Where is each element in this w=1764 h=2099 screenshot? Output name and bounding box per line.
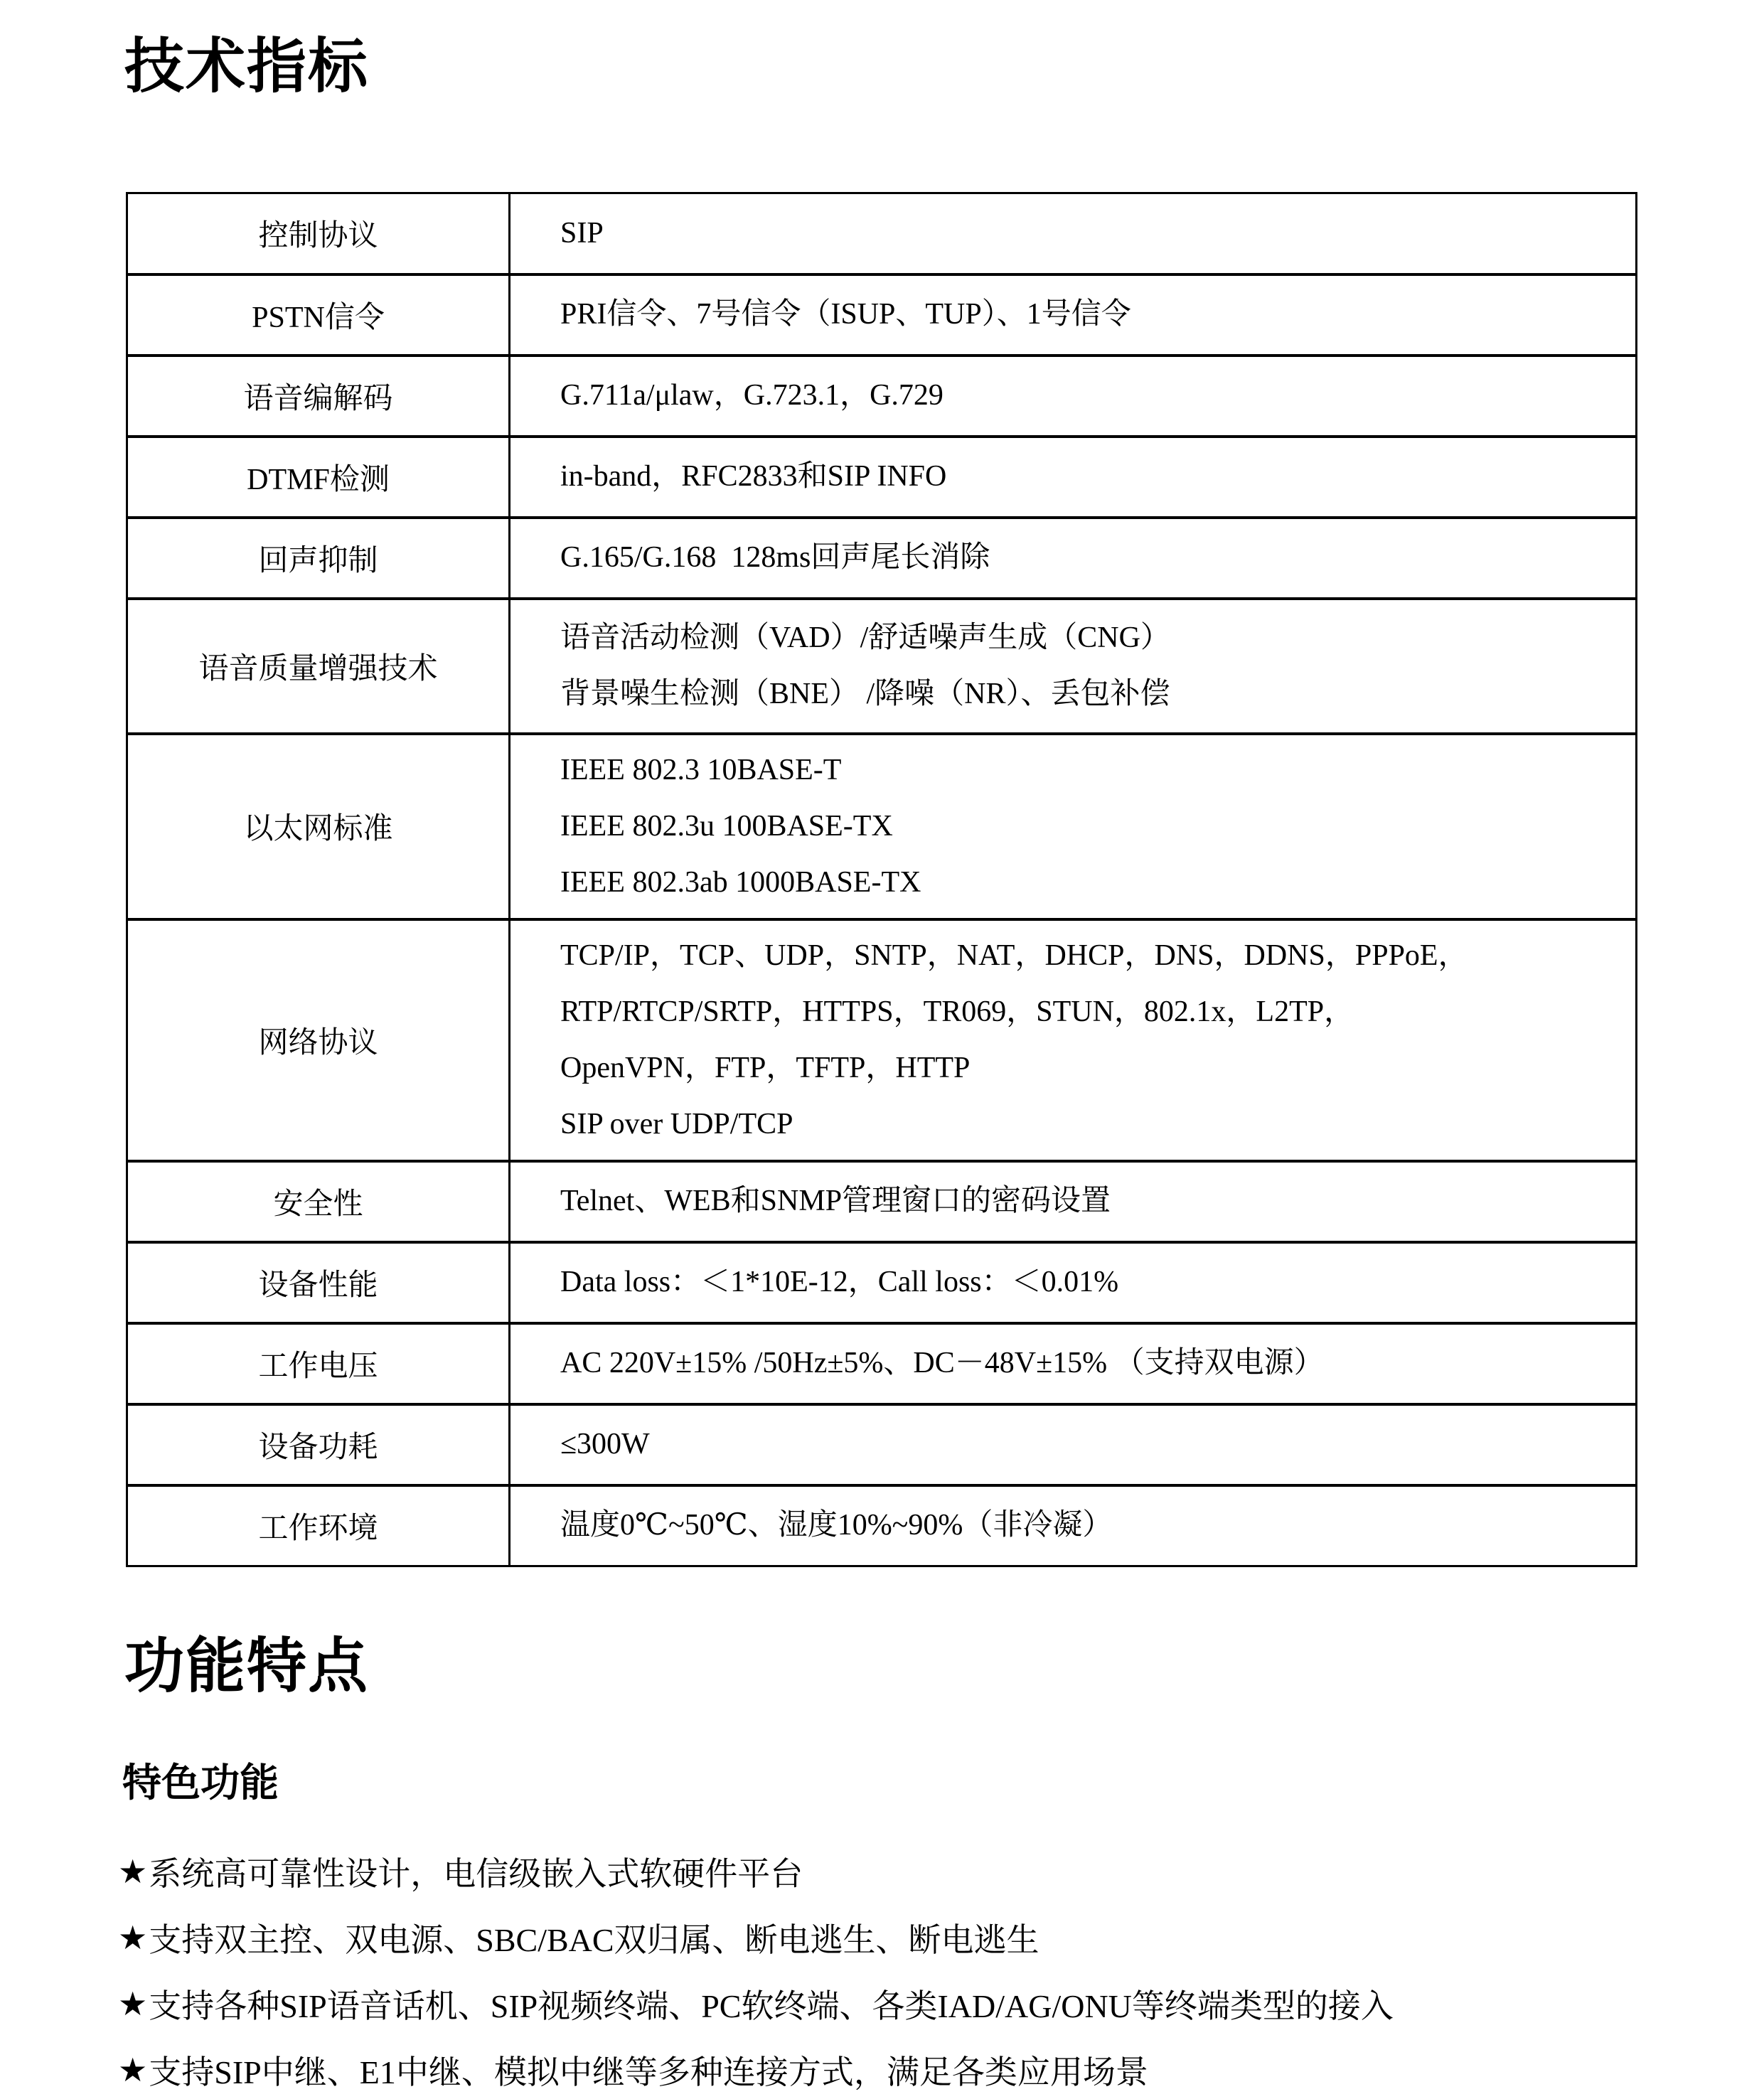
spec-row-device-performance: 设备性能 Data loss：＜1*10E-12，Call loss：＜0.01…: [127, 1242, 1637, 1323]
feature-text: 支持双主控、双电源、SBC/BAC双归属、断电逃生、断电逃生: [149, 1914, 1039, 1961]
spec-label: 控制协议: [127, 193, 510, 274]
spec-value: ≤300W: [510, 1404, 1637, 1485]
spec-value: AC 220V±15% /50Hz±5%、DC－48V±15% （支持双电源）: [510, 1323, 1637, 1404]
section-title-technical-specs: 技术指标: [124, 28, 369, 107]
spec-value-line: IEEE 802.3ab 1000BASE-TX: [560, 855, 1621, 911]
spec-value-line: in-band，RFC2833和SIP INFO: [560, 449, 1621, 505]
spec-value-line: SIP over UDP/TCP: [560, 1096, 1621, 1153]
section-title-features: 功能特点: [124, 1628, 369, 1707]
feature-item: ★ 系统高可靠性设计，电信级嵌入式软硬件平台: [118, 1838, 1394, 1904]
feature-text: 支持各种SIP语音话机、SIP视频终端、PC软终端、各类IAD/AG/ONU等终…: [149, 1980, 1394, 2027]
spec-label: 设备性能: [127, 1242, 510, 1323]
spec-value-line: IEEE 802.3u 100BASE-TX: [560, 799, 1621, 855]
spec-value-line: G.711a/μlaw，G.723.1，G.729: [560, 368, 1621, 424]
document-page: 技术指标 控制协议 SIP PSTN信令 PRI信令、7号信令（ISUP、TUP…: [0, 0, 1764, 2099]
spec-label: 网络协议: [127, 919, 510, 1161]
spec-value-line: SIP: [560, 205, 1621, 262]
spec-value-line: 背景噪生检测（BNE） /降噪（NR）、丢包补偿: [560, 666, 1621, 722]
spec-value-line: TCP/IP，TCP、UDP，SNTP，NAT，DHCP，DNS，DDNS，PP…: [560, 928, 1621, 984]
spec-value: 语音活动检测（VAD）/舒适噪声生成（CNG） 背景噪生检测（BNE） /降噪（…: [510, 599, 1637, 734]
spec-value-line: AC 220V±15% /50Hz±5%、DC－48V±15% （支持双电源）: [560, 1335, 1621, 1392]
spec-row-pstn-signaling: PSTN信令 PRI信令、7号信令（ISUP、TUP）、1号信令: [127, 274, 1637, 356]
spec-label: PSTN信令: [127, 274, 510, 356]
spec-value: G.165/G.168 128ms回声尾长消除: [510, 518, 1637, 599]
spec-row-voice-quality-enhancement: 语音质量增强技术 语音活动检测（VAD）/舒适噪声生成（CNG） 背景噪生检测（…: [127, 599, 1637, 734]
spec-value-line: 温度0℃~50℃、湿度10%~90%（非冷凝）: [560, 1497, 1621, 1554]
spec-row-network-protocols: 网络协议 TCP/IP，TCP、UDP，SNTP，NAT，DHCP，DNS，DD…: [127, 919, 1637, 1161]
spec-row-security: 安全性 Telnet、WEB和SNMP管理窗口的密码设置: [127, 1161, 1637, 1242]
spec-value: 温度0℃~50℃、湿度10%~90%（非冷凝）: [510, 1485, 1637, 1566]
spec-value-line: ≤300W: [560, 1416, 1621, 1473]
star-bullet-icon: ★: [118, 1985, 147, 2023]
spec-value: Data loss：＜1*10E-12，Call loss：＜0.01%: [510, 1242, 1637, 1323]
star-bullet-icon: ★: [118, 2051, 147, 2089]
spec-label: 设备功耗: [127, 1404, 510, 1485]
feature-item: ★ 支持双主控、双电源、SBC/BAC双归属、断电逃生、断电逃生: [118, 1904, 1394, 1970]
spec-value-line: IEEE 802.3 10BASE-T: [560, 742, 1621, 799]
spec-label: 回声抑制: [127, 518, 510, 599]
spec-label: DTMF检测: [127, 437, 510, 518]
spec-value-line: PRI信令、7号信令（ISUP、TUP）、1号信令: [560, 287, 1621, 343]
spec-value-line: OpenVPN，FTP，TFTP，HTTP: [560, 1040, 1621, 1096]
feature-text: 系统高可靠性设计，电信级嵌入式软硬件平台: [149, 1848, 803, 1895]
spec-value: Telnet、WEB和SNMP管理窗口的密码设置: [510, 1161, 1637, 1242]
spec-value-line: 语音活动检测（VAD）/舒适噪声生成（CNG）: [560, 610, 1621, 666]
star-bullet-icon: ★: [118, 1852, 147, 1891]
spec-row-dtmf-detection: DTMF检测 in-band，RFC2833和SIP INFO: [127, 437, 1637, 518]
feature-item: ★ 支持SIP中继、E1中继、模拟中继等多种连接方式，满足各类应用场景: [118, 2036, 1394, 2099]
spec-row-echo-cancellation: 回声抑制 G.165/G.168 128ms回声尾长消除: [127, 518, 1637, 599]
spec-value-line: Data loss：＜1*10E-12，Call loss：＜0.01%: [560, 1254, 1621, 1310]
star-bullet-icon: ★: [118, 1918, 147, 1957]
spec-label: 语音质量增强技术: [127, 599, 510, 734]
spec-row-operating-environment: 工作环境 温度0℃~50℃、湿度10%~90%（非冷凝）: [127, 1485, 1637, 1566]
spec-row-ethernet-standard: 以太网标准 IEEE 802.3 10BASE-T IEEE 802.3u 10…: [127, 734, 1637, 919]
spec-label: 语音编解码: [127, 356, 510, 437]
spec-value: in-band，RFC2833和SIP INFO: [510, 437, 1637, 518]
spec-row-power-consumption: 设备功耗 ≤300W: [127, 1404, 1637, 1485]
subsection-title-special-functions: 特色功能: [122, 1755, 279, 1812]
spec-label: 安全性: [127, 1161, 510, 1242]
spec-value: TCP/IP，TCP、UDP，SNTP，NAT，DHCP，DNS，DDNS，PP…: [510, 919, 1637, 1161]
spec-row-operating-voltage: 工作电压 AC 220V±15% /50Hz±5%、DC－48V±15% （支持…: [127, 1323, 1637, 1404]
spec-value: IEEE 802.3 10BASE-T IEEE 802.3u 100BASE-…: [510, 734, 1637, 919]
spec-label: 以太网标准: [127, 734, 510, 919]
feature-text: 支持SIP中继、E1中继、模拟中继等多种连接方式，满足各类应用场景: [149, 2046, 1148, 2093]
spec-label: 工作环境: [127, 1485, 510, 1566]
spec-table: 控制协议 SIP PSTN信令 PRI信令、7号信令（ISUP、TUP）、1号信…: [126, 192, 1637, 1567]
feature-item: ★ 支持各种SIP语音话机、SIP视频终端、PC软终端、各类IAD/AG/ONU…: [118, 1970, 1394, 2036]
spec-value-line: G.165/G.168 128ms回声尾长消除: [560, 530, 1621, 586]
spec-row-voice-codec: 语音编解码 G.711a/μlaw，G.723.1，G.729: [127, 356, 1637, 437]
spec-value: PRI信令、7号信令（ISUP、TUP）、1号信令: [510, 274, 1637, 356]
spec-value-line: Telnet、WEB和SNMP管理窗口的密码设置: [560, 1173, 1621, 1229]
spec-label: 工作电压: [127, 1323, 510, 1404]
spec-value: G.711a/μlaw，G.723.1，G.729: [510, 356, 1637, 437]
feature-list: ★ 系统高可靠性设计，电信级嵌入式软硬件平台 ★ 支持双主控、双电源、SBC/B…: [118, 1838, 1394, 2099]
spec-value-line: RTP/RTCP/SRTP，HTTPS，TR069，STUN，802.1x，L2…: [560, 984, 1621, 1040]
spec-row-control-protocol: 控制协议 SIP: [127, 193, 1637, 274]
spec-value: SIP: [510, 193, 1637, 274]
